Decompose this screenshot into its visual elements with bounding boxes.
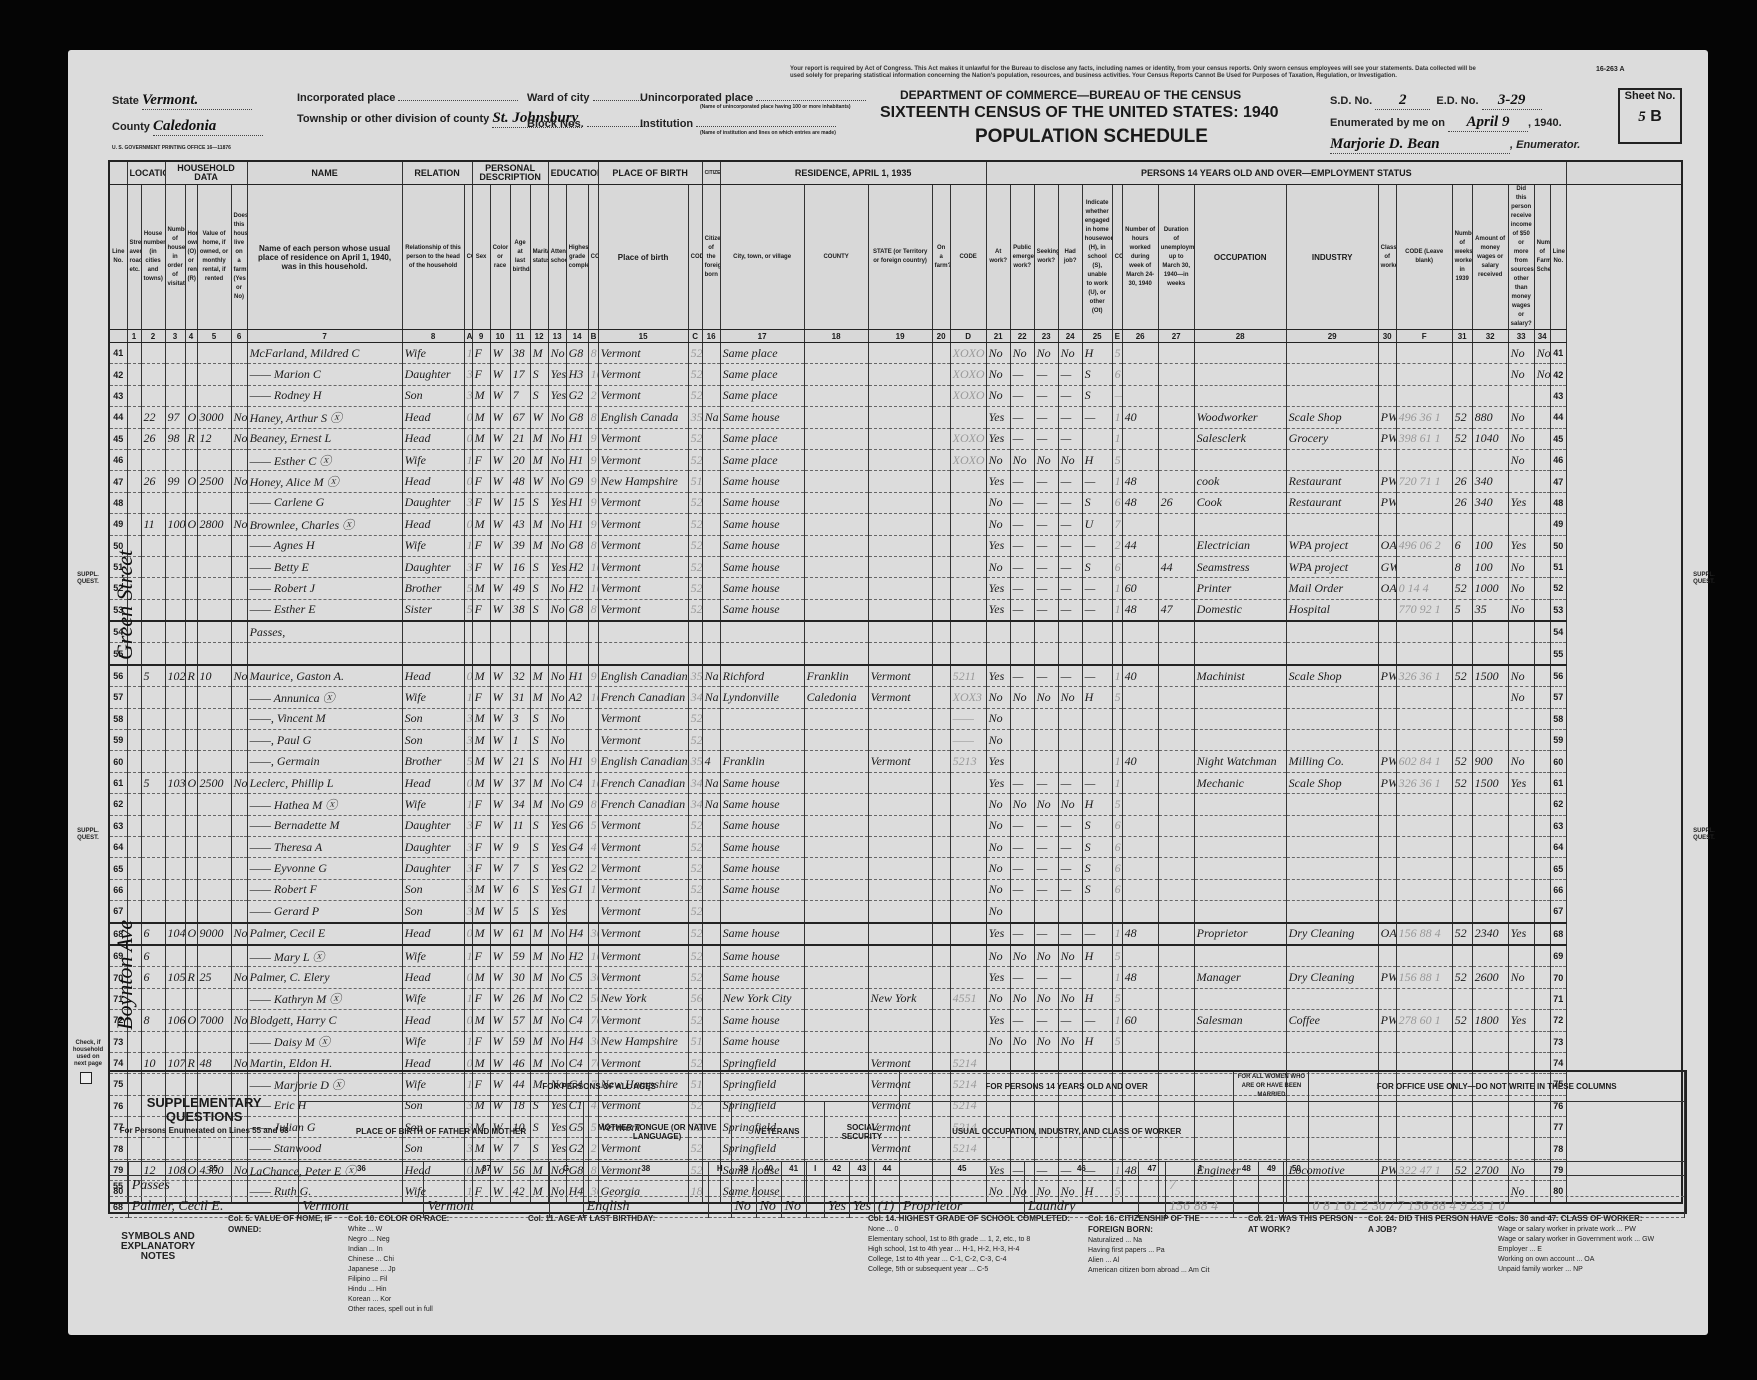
note-item: Unpaid family worker ... NP [1498,1265,1683,1275]
cell-age: 26 [510,988,530,1009]
supp-column-number: 44 [874,1162,899,1176]
cell-own [185,643,197,665]
cell-w21: No [986,901,1010,923]
cell-ind: WPA project [1286,535,1378,556]
cell-fs [1534,967,1550,988]
cell-f [1396,385,1452,406]
cell-house [141,708,165,729]
cell-wage [1472,858,1508,879]
cell-w22: — [1010,1010,1034,1031]
ward-field: Ward of city [527,92,643,104]
cell-house: 6 [141,967,165,988]
note-item: Naturalized ... Na [1088,1236,1238,1246]
cell-wage [1472,730,1508,751]
cell-e: 1 [1112,428,1122,449]
cell-fs [1534,687,1550,708]
column-header: CODE [1112,185,1122,330]
cell-value: 10 [197,665,231,687]
cell-farm [231,901,247,923]
cell-f: 496 06 2 [1396,535,1452,556]
cell-age: 37 [510,772,530,793]
cell-sex: M [472,578,490,599]
cell-rfarm [932,578,950,599]
cell-fs [1534,708,1550,729]
cell-cls [1378,514,1396,535]
cell-birth: Vermont [598,836,688,857]
cell-hrs [1122,364,1158,385]
group-location: LOCATION [127,161,165,185]
cell-name: —— Rodney H [247,385,402,406]
cell-occ: cook [1194,471,1286,492]
cell-hrs: 40 [1122,751,1158,772]
cell-city: Same place [720,385,804,406]
cell-occ: Cook [1194,492,1286,513]
cell-age: 39 [510,535,530,556]
cell-a: 3 [464,836,472,857]
cell-dur [1158,945,1194,967]
cell-w24: — [1058,556,1082,577]
cell-hrs [1122,730,1158,751]
cell-dur [1158,343,1194,364]
cell-state [868,945,932,967]
cell-a: 5 [464,578,472,599]
cell-occ: Manager [1194,967,1286,988]
table-row: 5555 [109,643,1682,665]
cell-birth: Vermont [598,449,688,470]
cell-w22: — [1010,514,1034,535]
cell-inc: No [1508,428,1534,449]
cell-state [868,385,932,406]
line-number: 44 [109,407,127,428]
cell-sex [472,643,490,665]
cell-e: 5 [1112,945,1122,967]
cell-a: 0 [464,923,472,945]
cell-race: W [490,665,510,687]
line-number: 60 [1550,751,1566,772]
cell-farm [231,858,247,879]
cell-inc [1508,708,1534,729]
cell-race: W [490,449,510,470]
cell-sch: No [548,407,566,428]
cell-rfarm [932,385,950,406]
cell-hrs [1122,945,1158,967]
cell-city: Richford [720,665,804,687]
cell-dur [1158,772,1194,793]
cell-f [1396,449,1452,470]
cell-own: R [185,967,197,988]
cell-farm [231,988,247,1009]
cell-name: Maurice, Gaston A. [247,665,402,687]
cell-d: 4551 [950,988,986,1009]
supp-column-number: 43 [849,1162,874,1176]
cell-a: 3 [464,858,472,879]
cell-a: 0 [464,967,472,988]
cell-rfarm [932,428,950,449]
cell-e: 5 [1112,988,1122,1009]
supp-column-number: 42 [824,1162,849,1176]
cell-city: Same place [720,343,804,364]
cell-value [197,364,231,385]
cell-birth [598,621,688,643]
cell-name: —— Agnes H [247,535,402,556]
cell-dur [1158,815,1194,836]
cell-ind [1286,449,1378,470]
cell-value [197,1031,231,1052]
cell-d [950,901,986,923]
table-row: 66—— Robert FSon3MW6SYesG11Vermont52Same… [109,879,1682,900]
line-number: 61 [109,772,127,793]
cell-wks: 52 [1452,665,1472,687]
cell-w21: Yes [986,772,1010,793]
cell-w24: — [1058,385,1082,406]
cell-street [127,815,141,836]
column-header: Marital status [530,185,548,330]
cell-dur [1158,364,1194,385]
cell-inc [1508,815,1534,836]
cell-house [141,556,165,577]
cell-race: W [490,836,510,857]
cell-cls: PW [1378,772,1396,793]
cell-w24: — [1058,471,1082,492]
cell-occ [1194,815,1286,836]
cell-name: —— Betty E [247,556,402,577]
cell-rel: Head [402,665,464,687]
cell-birth: Vermont [598,730,688,751]
cell-value [197,708,231,729]
supp-cell-c41 [781,1176,806,1197]
table-row: 62—— Hathea M ⓧWife1FW34MNoG98French Can… [109,794,1682,815]
cell-occ [1194,1031,1286,1052]
cell-hrs [1122,815,1158,836]
column-number: 32 [1472,330,1508,343]
cell-farm [231,945,247,967]
cell-wage [1472,879,1508,900]
line-number: 58 [1550,708,1566,729]
notes-title: SYMBOLS AND EXPLANATORY NOTES [118,1232,198,1262]
cell-fs [1534,449,1550,470]
cell-name: —— Esther C ⓧ [247,449,402,470]
line-number: 45 [109,428,127,449]
cell-county [804,967,868,988]
cell-county [804,556,868,577]
cell-rfarm [932,945,950,967]
cell-w23: — [1034,967,1058,988]
cell-own [185,385,197,406]
cell-mar [530,621,548,643]
column-number: 33 [1508,330,1534,343]
cell-wks: 6 [1452,535,1472,556]
note-item: Indian ... In [348,1245,508,1255]
cell-w24: — [1058,514,1082,535]
cell-state: Vermont [868,665,932,687]
cell-e: 1 [1112,578,1122,599]
cell-hrs: 40 [1122,665,1158,687]
cell-e: 5 [1112,687,1122,708]
cell-mar: M [530,794,548,815]
cell-wage: 100 [1472,535,1508,556]
cell-mar: M [530,988,548,1009]
cell-hrs: 44 [1122,535,1158,556]
cell-w25: S [1082,815,1112,836]
cell-w23: — [1034,836,1058,857]
cell-w25: H [1082,988,1112,1009]
cell-w23 [1034,643,1058,665]
cell-city: Same house [720,772,804,793]
note-item: College, 5th or subsequent year ... C-5 [868,1265,1078,1275]
cell-e: 1 [1112,407,1122,428]
cell-sch: No [548,578,566,599]
cell-wage [1472,1031,1508,1052]
cell-dur [1158,428,1194,449]
cell-c: 52 [688,428,702,449]
cell-w21: No [986,794,1010,815]
cell-state [868,730,932,751]
cell-rel: Son [402,901,464,923]
cell-sex: M [472,385,490,406]
column-header: Relationship of this person to the head … [402,185,464,330]
cell-house [141,687,165,708]
line-number: 59 [1550,730,1566,751]
line-number: 47 [1550,471,1566,492]
cell-sch [548,621,566,643]
cell-d [950,407,986,428]
cell-hrs [1122,449,1158,470]
cell-age: 1 [510,730,530,751]
cell-own [185,751,197,772]
cell-city: Franklin [720,751,804,772]
cell-f [1396,945,1452,967]
cell-w22: — [1010,879,1034,900]
cell-w25: H [1082,794,1112,815]
group-education: EDUCATION [548,161,598,185]
supp-column-number: I [806,1162,824,1176]
cell-w24: — [1058,407,1082,428]
cell-farm: No [231,428,247,449]
cell-state [868,708,932,729]
cell-w21: No [986,385,1010,406]
cell-mar: S [530,492,548,513]
supp-cell-c42 [824,1176,849,1197]
supp-column-number: 48 [1234,1162,1259,1176]
column-header: Seeking work? [1034,185,1058,330]
cell-wks [1452,858,1472,879]
cell-ind [1286,858,1378,879]
cell-dur [1158,621,1194,643]
table-row: 442297O3000NoHaney, Arthur S ⓧHead0MW67W… [109,407,1682,428]
supp-column-number: G [549,1162,583,1176]
cell-cit: Na [702,407,720,428]
cell-cit [702,556,720,577]
column-header: Age at last birthday [510,185,530,330]
cell-hh [165,730,185,751]
cell-f: 398 61 1 [1396,428,1452,449]
cell-f: 496 36 1 [1396,407,1452,428]
cell-occ: Salesclerk [1194,428,1286,449]
supp-column-number: 39 [731,1162,756,1176]
column-header: Number of weeks worked in 1939 [1452,185,1472,330]
cell-dur [1158,879,1194,900]
cell-f: 156 88 4 [1396,923,1452,945]
cell-mar: S [530,364,548,385]
group-residence: RESIDENCE, APRIL 1, 1935 [720,161,986,185]
column-header: Did this person receive income of $50 or… [1508,185,1534,330]
cell-own: O [185,471,197,492]
cell-w23: — [1034,407,1058,428]
supp-column-number: 40 [756,1162,781,1176]
cell-city: Same house [720,945,804,967]
cell-grade: H4 [566,1031,588,1052]
cell-b: 30 [588,967,598,988]
cell-w21: Yes [986,535,1010,556]
household-check-box[interactable] [80,1072,92,1084]
cell-a: 3 [464,708,472,729]
cell-b: 10 [588,556,598,577]
cell-value: 9000 [197,923,231,945]
cell-own: R [185,665,197,687]
cell-ind [1286,514,1378,535]
cell-own [185,556,197,577]
cell-age: 32 [510,665,530,687]
cell-own: O [185,514,197,535]
table-row: 73—— Daisy M ⓧWife1FW59MNoH430New Hampsh… [109,1031,1682,1052]
column-number: 10 [490,330,510,343]
cell-cls: OA [1378,535,1396,556]
cell-c: 34 [688,687,702,708]
cell-hh [165,449,185,470]
cell-fs [1534,794,1550,815]
cell-hrs [1122,343,1158,364]
cell-hh: 99 [165,471,185,492]
cell-rel: Daughter [402,364,464,385]
cell-sch: No [548,1031,566,1052]
cell-w22: — [1010,471,1034,492]
cell-birth: Vermont [598,385,688,406]
cell-w25: S [1082,385,1112,406]
cell-birth: English Canadian [598,751,688,772]
note-item: Employer ... E [1498,1245,1683,1255]
cell-county [804,514,868,535]
line-number: 55 [1550,643,1566,665]
cell-ind [1286,687,1378,708]
cell-ind [1286,836,1378,857]
cell-rel: Wife [402,794,464,815]
cell-wage [1472,364,1508,385]
cell-street [127,708,141,729]
cell-house: 11 [141,514,165,535]
cell-sch: No [548,772,566,793]
cell-street [127,858,141,879]
cell-name: —— Annunica ⓧ [247,687,402,708]
table-row: 57—— Annunica ⓧWife1FW31MNoA210French Ca… [109,687,1682,708]
cell-w24: No [1058,343,1082,364]
group-employment: PERSONS 14 YEARS OLD AND OVER—EMPLOYMENT… [986,161,1566,185]
cell-cit [702,730,720,751]
cell-fs [1534,492,1550,513]
cell-ind: Restaurant [1286,492,1378,513]
cell-fs [1534,858,1550,879]
cell-w22: — [1010,407,1034,428]
column-header: Line No. [1550,185,1566,330]
cell-a: 1 [464,988,472,1009]
line-number: 71 [1550,988,1566,1009]
cell-grade: A2 [566,687,588,708]
cell-name: —— Theresa A [247,836,402,857]
column-header: City, town, or village [720,185,804,330]
line-number: 66 [109,879,127,900]
cell-w25 [1082,643,1112,665]
cell-rel: Wife [402,1031,464,1052]
cell-hrs [1122,556,1158,577]
cell-rel: Head [402,1010,464,1031]
cell-race: W [490,794,510,815]
cell-w24: No [1058,945,1082,967]
cell-name: —— Kathryn M ⓧ [247,988,402,1009]
cell-hrs [1122,643,1158,665]
cell-f [1396,794,1452,815]
cell-birth: Vermont [598,599,688,621]
cell-ind: Milling Co. [1286,751,1378,772]
cell-hh [165,794,185,815]
column-number: 12 [530,330,548,343]
cell-w25: — [1082,923,1112,945]
cell-c: 52 [688,449,702,470]
cell-sch: Yes [548,901,566,923]
cell-b: 4 [588,836,598,857]
cell-d [950,879,986,900]
cell-sch: Yes [548,364,566,385]
cell-city: Same place [720,449,804,470]
cell-hh [165,815,185,836]
cell-w23 [1034,708,1058,729]
cell-farm [231,449,247,470]
cell-wks [1452,836,1472,857]
cell-cit [702,708,720,729]
cell-rfarm [932,988,950,1009]
cell-name: —— Esther E [247,599,402,621]
cell-f: 326 36 1 [1396,665,1452,687]
cell-value [197,988,231,1009]
table-row: 54Passes,54 [109,621,1682,643]
cell-hh [165,836,185,857]
cell-w21: No [986,364,1010,385]
cell-w24: — [1058,364,1082,385]
cell-w21: Yes [986,751,1010,772]
cell-race: W [490,1010,510,1031]
cell-birth: New Hampshire [598,1031,688,1052]
cell-name: ——, Vincent M [247,708,402,729]
cell-w24 [1058,708,1082,729]
cell-b: 2 [588,385,598,406]
cell-value: 7000 [197,1010,231,1031]
column-header: Line No. [109,185,127,330]
line-number: 59 [109,730,127,751]
street-name-green: Green Street [112,550,138,660]
cell-w21: Yes [986,923,1010,945]
cell-value [197,343,231,364]
cell-inc [1508,643,1534,665]
cell-farm [231,1031,247,1052]
cell-value [197,730,231,751]
cell-value: 2500 [197,772,231,793]
cell-own [185,708,197,729]
cell-county [804,794,868,815]
cell-grade: H1 [566,751,588,772]
cell-inc [1508,836,1534,857]
cell-hrs [1122,1031,1158,1052]
line-number: 64 [1550,836,1566,857]
supp-cell-c44 [874,1176,899,1197]
cell-grade: H1 [566,665,588,687]
